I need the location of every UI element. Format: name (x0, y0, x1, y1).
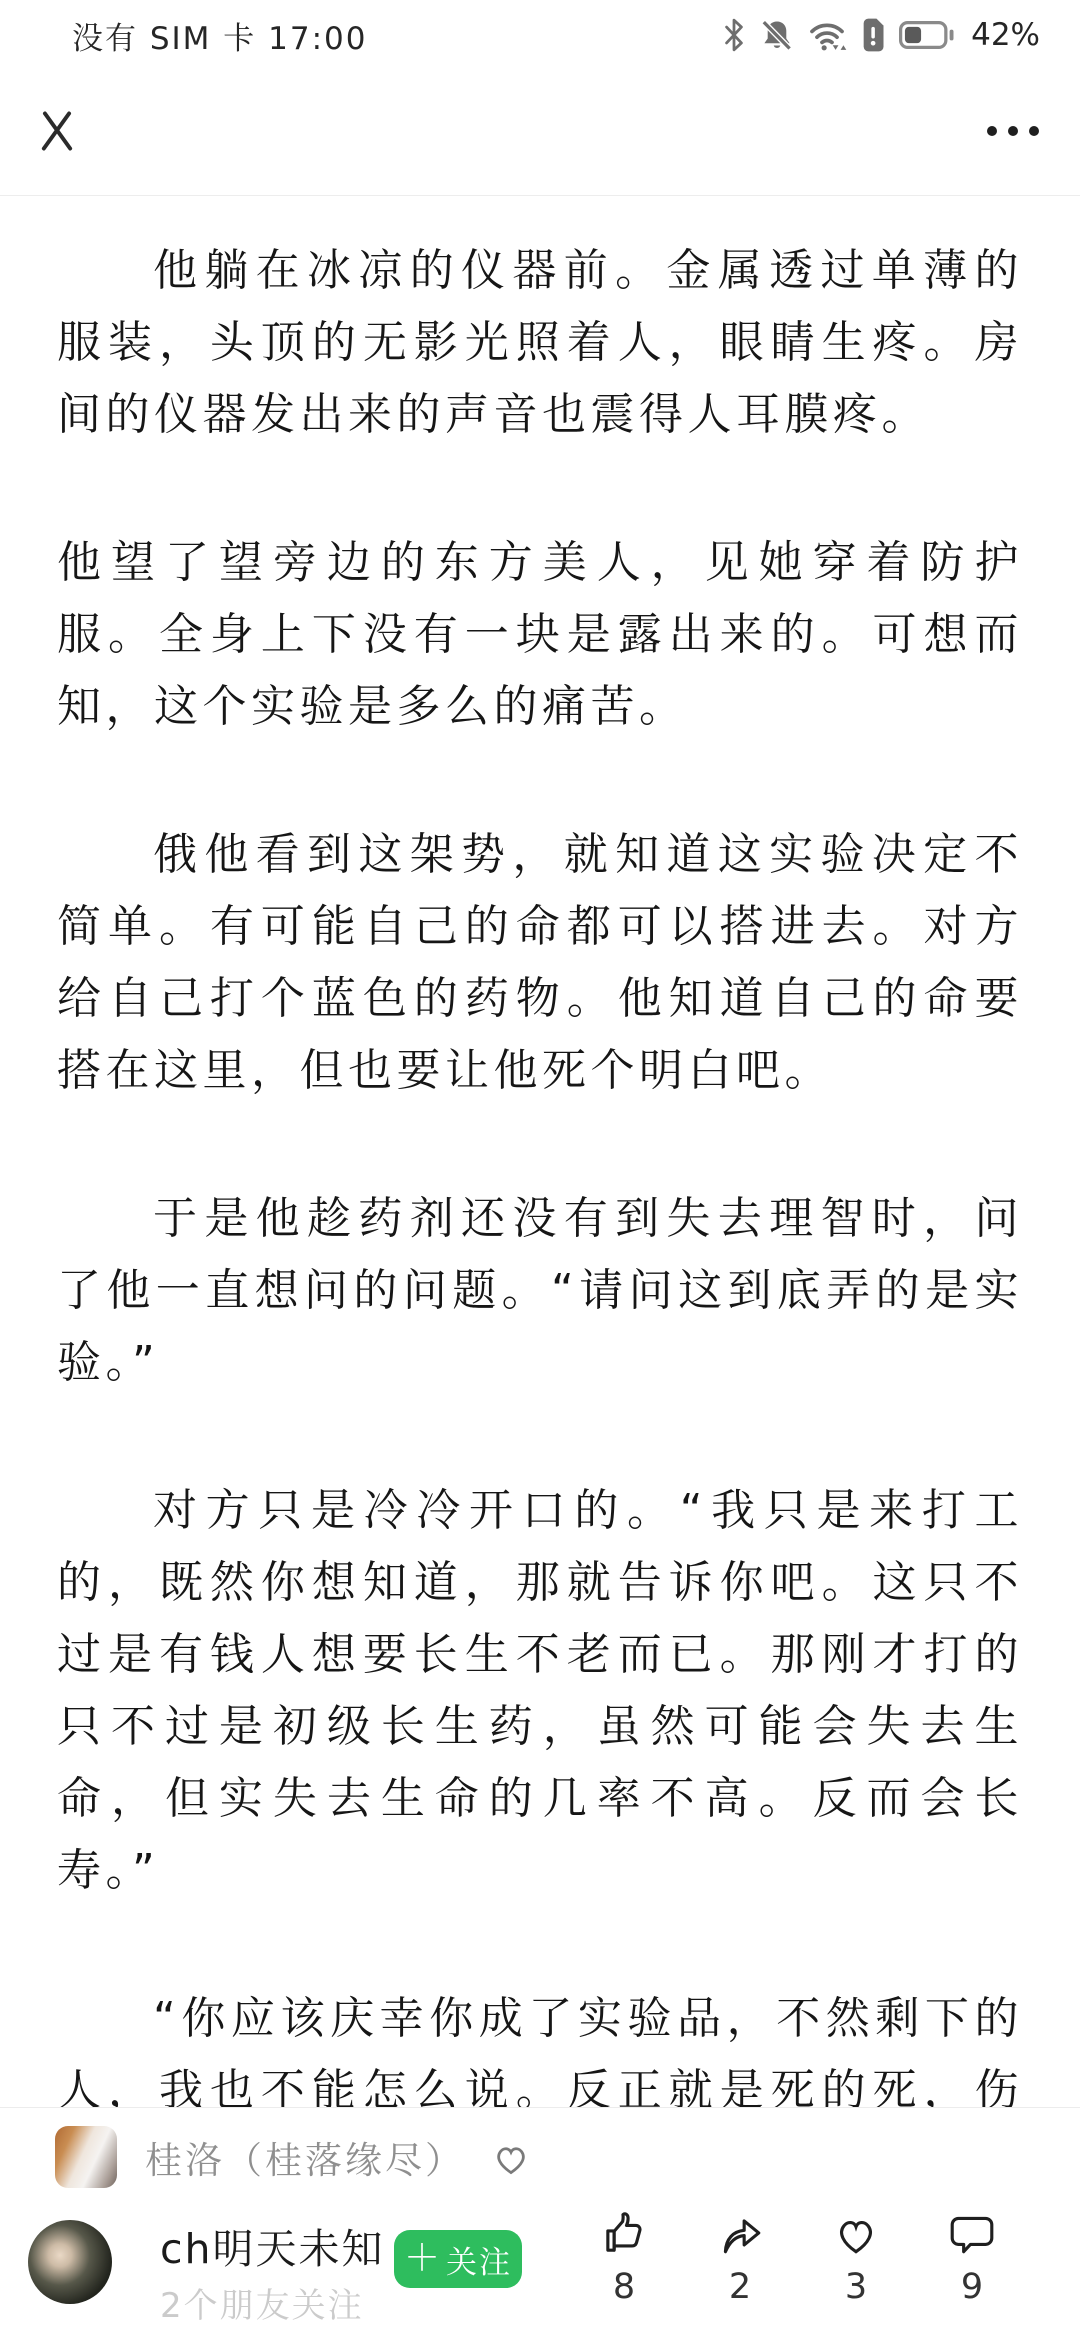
comment-button[interactable]: 9 (920, 2206, 1024, 2332)
article-paragraph: 他躺在冰凉的仪器前。金属透过单薄的服装，头顶的无影光照着人，眼睛生疼。房间的仪器… (57, 235, 1023, 451)
friends-follow-note: 2个朋友关注 (160, 2278, 385, 2327)
user-meta: ch明天未知 2个朋友关注 (160, 2226, 385, 2327)
bluetooth-icon (721, 17, 747, 53)
more-button[interactable] (980, 100, 1046, 162)
status-icons: 42% (721, 17, 1040, 53)
article-scroll-area[interactable]: 他躺在冰凉的仪器前。金属透过单薄的服装，头顶的无影光照着人，眼睛生疼。房间的仪器… (57, 197, 1023, 2340)
header (0, 64, 1080, 196)
article-paragraph: 对方只是冷冷开口的。“我只是来打工的，既然你想知道，那就告诉你吧。这只不过是有钱… (57, 1475, 1023, 1907)
actions-bar: 8 2 3 (572, 2206, 1024, 2332)
status-bar: 没有 SIM 卡 17:00 (0, 0, 1080, 64)
favorite-count: 3 (845, 2270, 867, 2305)
article-paragraph: 俄他看到这架势，就知道这实验决定不简单。有可能自己的命都可以搭进去。对方给自己打… (57, 819, 1023, 1107)
notifications-muted-icon (759, 17, 795, 53)
share-count: 2 (729, 2270, 751, 2305)
like-count: 8 (613, 2270, 635, 2305)
wifi-icon (807, 17, 847, 53)
close-button[interactable] (26, 100, 88, 162)
share-arrow-icon (714, 2206, 766, 2262)
more-icon (982, 119, 1044, 143)
author-name[interactable]: 桂洛（桂落缘尽） (145, 2130, 465, 2184)
user-avatar[interactable] (28, 2220, 112, 2304)
author-avatar[interactable] (55, 2126, 117, 2188)
comment-count: 9 (961, 2270, 983, 2305)
article-paragraph: 他望了望旁边的东方美人，见她穿着防护服。全身上下没有一块是露出来的。可想而知，这… (57, 527, 1023, 743)
heart-icon (830, 2206, 882, 2262)
share-button[interactable]: 2 (688, 2206, 792, 2332)
battery-percent-text: 42% (971, 17, 1040, 53)
close-icon (35, 108, 79, 154)
sim-alert-icon (859, 17, 887, 53)
follow-button[interactable]: ＋ 关注 (394, 2230, 522, 2288)
like-button[interactable]: 8 (572, 2206, 676, 2332)
article-paragraph: 于是他趁药剂还没有到失去理智时，问了他一直想问的问题。“请问这到底弄的是实验。” (57, 1183, 1023, 1399)
bottom-panel: 桂洛（桂落缘尽） ch明天未知 2个朋友关注 ＋ 关注 (0, 2107, 1080, 2340)
battery-icon (899, 20, 955, 50)
comment-bubble-icon (946, 2206, 998, 2262)
plus-icon: ＋ (404, 2241, 440, 2277)
author-row: 桂洛（桂落缘尽） (55, 2124, 533, 2190)
author-heart-icon[interactable] (489, 2136, 533, 2178)
thumbs-up-icon (598, 2206, 650, 2262)
username[interactable]: ch明天未知 (160, 2226, 385, 2272)
carrier-time-text: 没有 SIM 卡 17:00 (72, 13, 367, 58)
follow-button-label: 关注 (446, 2237, 512, 2282)
favorite-button[interactable]: 3 (804, 2206, 908, 2332)
